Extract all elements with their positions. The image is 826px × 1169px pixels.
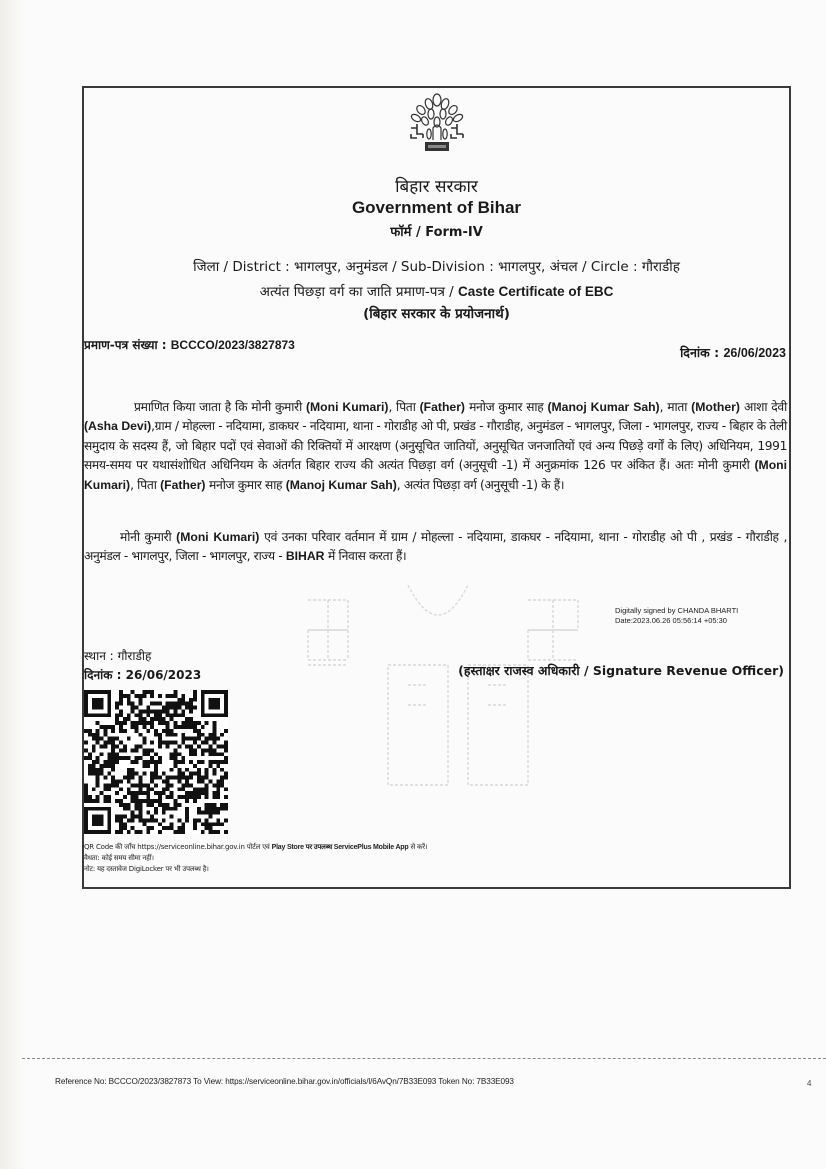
bold-text-run: (Moni Kumari) xyxy=(306,400,388,414)
header-title-hindi: बिहार सरकार xyxy=(82,174,791,197)
issue-date-value: 26/06/2023 xyxy=(723,346,786,360)
place-date: दिनांक : 26/06/2023 xyxy=(84,666,201,683)
bold-text-run: (Manoj Kumar Sah) xyxy=(286,478,397,492)
issue-date-label: दिनांक : xyxy=(680,345,719,360)
text-run: में निवास करता हैं। xyxy=(324,549,406,563)
qr-verification-note: QR Code की जाँच https://serviceonline.bi… xyxy=(84,842,427,853)
bold-text-run: (Asha Devi) xyxy=(84,419,151,433)
place-value: गौराडीह xyxy=(118,649,152,663)
page-divider xyxy=(22,1058,826,1059)
district-label: जिला / District : xyxy=(193,259,290,275)
certificate-title-english: Caste Certificate of EBC xyxy=(458,284,613,299)
bold-text-run: (Manoj Kumar Sah) xyxy=(547,400,659,414)
form-number: फॉर्म / Form-IV xyxy=(82,222,791,240)
text-run: प्रमाणित किया जाता है कि मोनी कुमारी xyxy=(134,400,306,414)
qr-code-icon[interactable] xyxy=(84,690,228,834)
header-title-english: Government of Bihar xyxy=(82,198,791,218)
certification-paragraph: प्रमाणित किया जाता है कि मोनी कुमारी (Mo… xyxy=(84,398,787,495)
place: स्थान : गौराडीह xyxy=(84,647,151,664)
digital-signature-signer: Digitally signed by CHANDA BHARTI xyxy=(615,606,738,616)
watermark-emblem-icon xyxy=(288,585,588,800)
text-run: मोनी कुमारी xyxy=(120,530,176,544)
verification-notes: QR Code की जाँच https://serviceonline.bi… xyxy=(84,842,427,875)
subdivision-label: अनुमंडल / Sub-Division : xyxy=(346,259,494,275)
qr-note-text: QR Code की जाँच https://serviceonline.bi… xyxy=(84,843,272,851)
digital-signature-date: Date:2023.06.26 05:56:14 +05:30 xyxy=(615,616,738,626)
circle-value: गौराडीह xyxy=(642,259,680,275)
validity-note: वैधता: कोई समय सीमा नहीं। xyxy=(84,853,427,864)
subdivision-value: भागलपुर, xyxy=(498,259,545,275)
certificate-title-hindi: अत्यंत पिछड़ा वर्ग का जाति प्रमाण-पत्र / xyxy=(260,284,454,300)
circle-label: अंचल / Circle : xyxy=(550,259,638,275)
digital-signature: Digitally signed by CHANDA BHARTI Date:2… xyxy=(615,606,738,626)
text-run: आशा देवी xyxy=(740,400,787,414)
certificate-number: प्रमाण-पत्र संख्या : BCCCO/2023/3827873 xyxy=(84,336,295,353)
bold-text-run: BIHAR xyxy=(286,549,325,563)
district-value: भागलपुर, xyxy=(294,259,341,275)
place-date-label: दिनांक : xyxy=(84,668,121,682)
qr-note-app: Play Store पर उपलब्ध ServicePlus Mobile … xyxy=(272,844,409,851)
residence-paragraph: मोनी कुमारी (Moni Kumari) एवं उनका परिवा… xyxy=(84,528,787,567)
signature-label: (हस्ताक्षर राजस्व अधिकारी / Signature Re… xyxy=(458,662,784,679)
bold-text-run: (Father) xyxy=(160,478,205,492)
bihar-emblem-icon xyxy=(405,92,469,154)
jurisdiction-line: जिला / District : भागलपुर, अनुमंडल / Sub… xyxy=(82,257,791,275)
certificate-title: अत्यंत पिछड़ा वर्ग का जाति प्रमाण-पत्र /… xyxy=(82,282,791,300)
certificate-number-value: BCCCO/2023/3827873 xyxy=(171,338,295,352)
qr-note-end: से करें। xyxy=(408,843,427,851)
text-run: मनोज कुमार साह xyxy=(206,478,286,492)
digilocker-note: नोट: यह दस्तावेज DigiLocker पर भी उपलब्ध… xyxy=(84,864,427,875)
page-mark: 4 xyxy=(807,1079,811,1088)
place-label: स्थान : xyxy=(84,649,114,663)
text-run: , अत्यंत पिछड़ा वर्ग (अनुसूची -1) के हैं… xyxy=(397,478,564,492)
bold-text-run: (Father) xyxy=(420,400,465,414)
place-date-value: 26/06/2023 xyxy=(126,668,202,682)
certificate-number-label: प्रमाण-पत्र संख्या : xyxy=(84,338,167,352)
text-run: , माता xyxy=(660,400,692,414)
text-run: मनोज कुमार साह xyxy=(465,400,547,414)
certificate-purpose: (बिहार सरकार के प्रयोजनार्थ) xyxy=(82,304,791,322)
bold-text-run: (Moni Kumari) xyxy=(176,530,259,544)
text-run: , पिता xyxy=(130,478,160,492)
scan-edge-strip xyxy=(0,0,24,1169)
issue-date: दिनांक : 26/06/2023 xyxy=(680,344,786,361)
bold-text-run: (Mother) xyxy=(691,400,740,414)
text-run: ,ग्राम / मोहल्ला - नदियामा, डाकघर - नदिय… xyxy=(84,419,787,472)
reference-line: Reference No: BCCCO/2023/3827873 To View… xyxy=(55,1077,514,1086)
text-run: , पिता xyxy=(388,400,419,414)
